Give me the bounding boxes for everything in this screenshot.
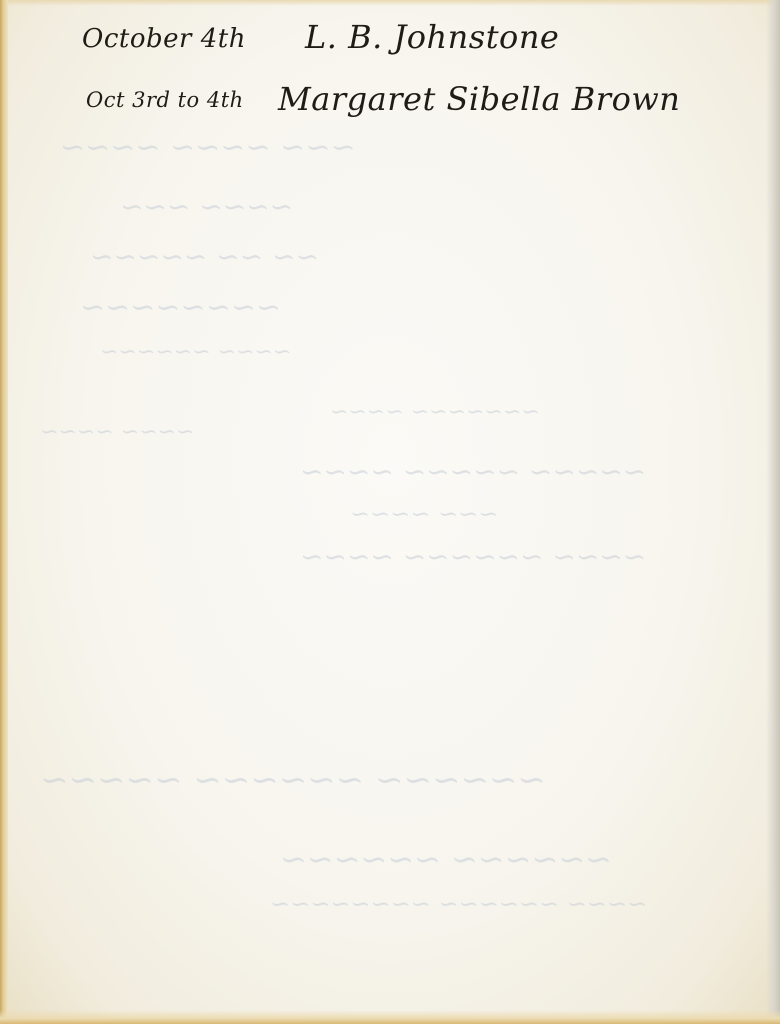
bleed-through-text: ~~~~~ ~~~~~ ~~~~: [300, 455, 646, 488]
page-bottom-edge: [0, 1010, 780, 1024]
entry-1-date: October 4th: [82, 24, 246, 54]
bleed-through-text: ~~ ~~ ~~~~~: [90, 240, 319, 273]
page-left-edge: [0, 0, 8, 1024]
bleed-through-text: ~~~~~~ ~~~~~~ ~~~~~: [40, 760, 546, 800]
bleed-through-text: ~~~~ ~~~: [120, 190, 293, 223]
bleed-through-text: ~~~~~~ ~~~~~~: [280, 840, 612, 878]
bleed-through-text: ~~~ ~~~~ ~~~~: [60, 130, 356, 165]
guestbook-page: ~~~ ~~~~ ~~~~~~~~ ~~~~~ ~~ ~~~~~~~~~~~~~…: [0, 0, 780, 1024]
entry-1-name: L. B. Johnstone: [305, 18, 559, 56]
entry-2-date: Oct 3rd to 4th: [86, 88, 244, 112]
bleed-through-text: ~~~ ~~~~: [350, 500, 498, 528]
page-right-edge: [766, 0, 780, 1024]
bleed-through-text: ~~~~ ~~~~~~ ~~~~~~~~: [270, 890, 647, 918]
bleed-through-text: ~~~~ ~~~~~~ ~~~~: [300, 540, 646, 573]
bleed-through-text: ~~~~ ~~~~: [40, 420, 194, 445]
bleed-through-text: ~~~~~~~~: [80, 290, 281, 325]
page-top-edge: [0, 0, 780, 6]
entry-2-name: Margaret Sibella Brown: [278, 80, 680, 118]
bleed-through-text: ~~~~~~~ ~~~~: [330, 400, 540, 425]
bleed-through-text: ~~~~ ~~~~~~: [100, 340, 291, 365]
